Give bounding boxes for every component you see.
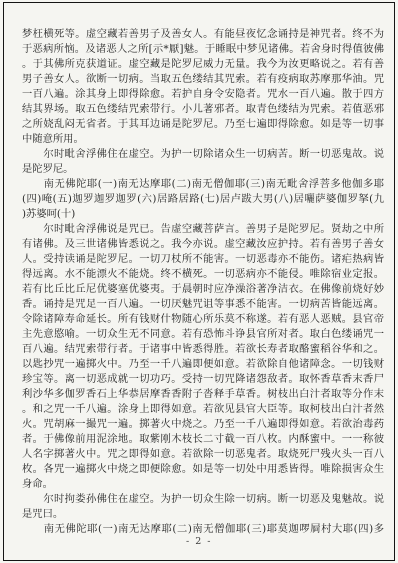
text-line: )苏婆呵(十): [22, 207, 384, 222]
text-line: 火。咒胡麻一撮咒一遍。掷著火中烧之。乃至一千八遍即得如意。若欲治毒药: [22, 417, 384, 432]
text-line: 利沙华多伽罗香石上华恭居摩香香附子沓释手草香。树枝出白汁者取等分作末: [22, 387, 384, 402]
scripture-text: 梦枉横死等。虚空藏若善男子及善女人。有能昼夜忆念诵持是神咒者。终不为于恶病所恼。…: [22, 27, 384, 537]
page-number: - 2 -: [0, 536, 398, 547]
text-line: 香。诵持是咒足一百八遍。一切厌魅咒诅等事悉不能害。一切病苦皆能远离。: [22, 297, 384, 312]
text-line: 之所娆乱闷无省者。于其耳边诵是陀罗尼。乃至七遍即得除愈。如是等一切事: [22, 117, 384, 132]
text-line: 梦枉横死等。虚空藏若善男子及善女人。有能昼夜忆念诵持是神咒者。终不为: [22, 27, 384, 42]
text-line: (四)唵(五)迦罗迦罗迦罗(六)居路居路(七)居卢跋大男(八)居囇萨婆伽罗拏(九: [22, 192, 384, 207]
text-line: 南无佛陀耶(一)南无达摩耶(二)南无僧伽耶(三)南无毗舍浮菩多他伽多耶: [22, 177, 384, 192]
text-line: 男子善女人。欲断一切病。当取五色缕结其咒索。若有疫病取苏摩那华油。咒: [22, 72, 384, 87]
text-line: 枚。各咒一遍掷火中烧之即便除愈。如是等一切处中用悉皆得。唯除损害众生: [22, 462, 384, 477]
text-line: 南无佛陀耶(一)南无达摩耶(二)南无僧伽耶(三)耶莫迦啰屙村大耶(四)多: [22, 522, 384, 537]
text-line: 尔时拘娄孙佛住在虚空。为护一切众生除一切病。断一切恶及鬼魅故。说: [22, 492, 384, 507]
text-line: 于恶病所恼。及诸恶人之所[示*厭]魅。于睡眠中梦见诸佛。若舍身时得值彼佛: [22, 42, 384, 57]
text-line: 珍宝等。离一切恶成就一切功巧。受持一切咒降诸怨敌者。取怀香草香末香尸: [22, 372, 384, 387]
text-line: 。和之咒一千八遍。涂身上即得如意。若欲见县官大臣等。取柯枝出白汁者然: [22, 402, 384, 417]
text-line: 是陀罗尼。: [22, 162, 384, 177]
text-line: 得远离。水不能漂火不能烧。终不横死。一切恶病亦不能侵。唯除宿业定报。: [22, 267, 384, 282]
text-line: 是咒曰。: [22, 507, 384, 522]
text-line: 中随意所用。: [22, 132, 384, 147]
text-line: 结其界场。取五色缕结咒索带行。小儿著邪者。取青色缕结为咒索。若值恶邪: [22, 102, 384, 117]
text-line: 百八遍。结咒索带行者。于诸事中皆悉得胜。若欲长寿者取酪蜜稻谷华和之。: [22, 342, 384, 357]
text-line: 身命。: [22, 477, 384, 492]
text-line: 一百八遍。涂其身上即得除愈。若护自身令安隐者。咒水一百八遍。散于四方: [22, 87, 384, 102]
scripture-page: 梦枉横死等。虚空藏若善男子及善女人。有能昼夜忆念诵持是神咒者。终不为于恶病所恼。…: [0, 0, 398, 563]
text-line: 尔时毗舍浮佛住在虚空。为护一切除诸众生一切病苦。断一切恶鬼故。说: [22, 147, 384, 162]
text-line: 人名字掷著火中。咒之即得如意。若欲除一切恶鬼者。取烧死尸残火头一百八: [22, 447, 384, 462]
text-line: 。于其佛所克获道证。虚空藏是陀罗尼威力无量。我今为汝更略说之。若有善: [22, 57, 384, 72]
text-line: 者。于佛像前用泥涂地。取紫刚木枝长二寸截一百八枚。内酥蜜中。一一称彼: [22, 432, 384, 447]
text-line: 主先意愍喻。一切众生无不同意。若有恐怖斗诤县官所对者。取白色缕诵咒一: [22, 327, 384, 342]
text-line: 尔时毗舍浮佛说是咒已。告虚空藏菩萨言。善男子是陀罗尼。贤劫之中所: [22, 222, 384, 237]
text-line: 令除诸障寿命延长。所有钱财什物随心所乐莫不称遂。若有恶人恶贼。县官帝: [22, 312, 384, 327]
text-line: 有诸佛。及三世诸佛皆悉说之。我今亦说。虚空藏汝应护持。若有善男子善女: [22, 237, 384, 252]
text-line: 以匙抄咒一遍掷火中。乃至一千八遍即便如意。若欲除自他诸障念。一切钱财: [22, 357, 384, 372]
text-line: 人。受持读诵是陀罗尼。一切刀杖所不能害。一切恶毒亦不能伤。诸疟热病皆: [22, 252, 384, 267]
text-line: 若有比丘比丘尼优婆塞优婆夷。于晨朝时应净澡浴著净洁衣。在佛像前烧好妙: [22, 282, 384, 297]
